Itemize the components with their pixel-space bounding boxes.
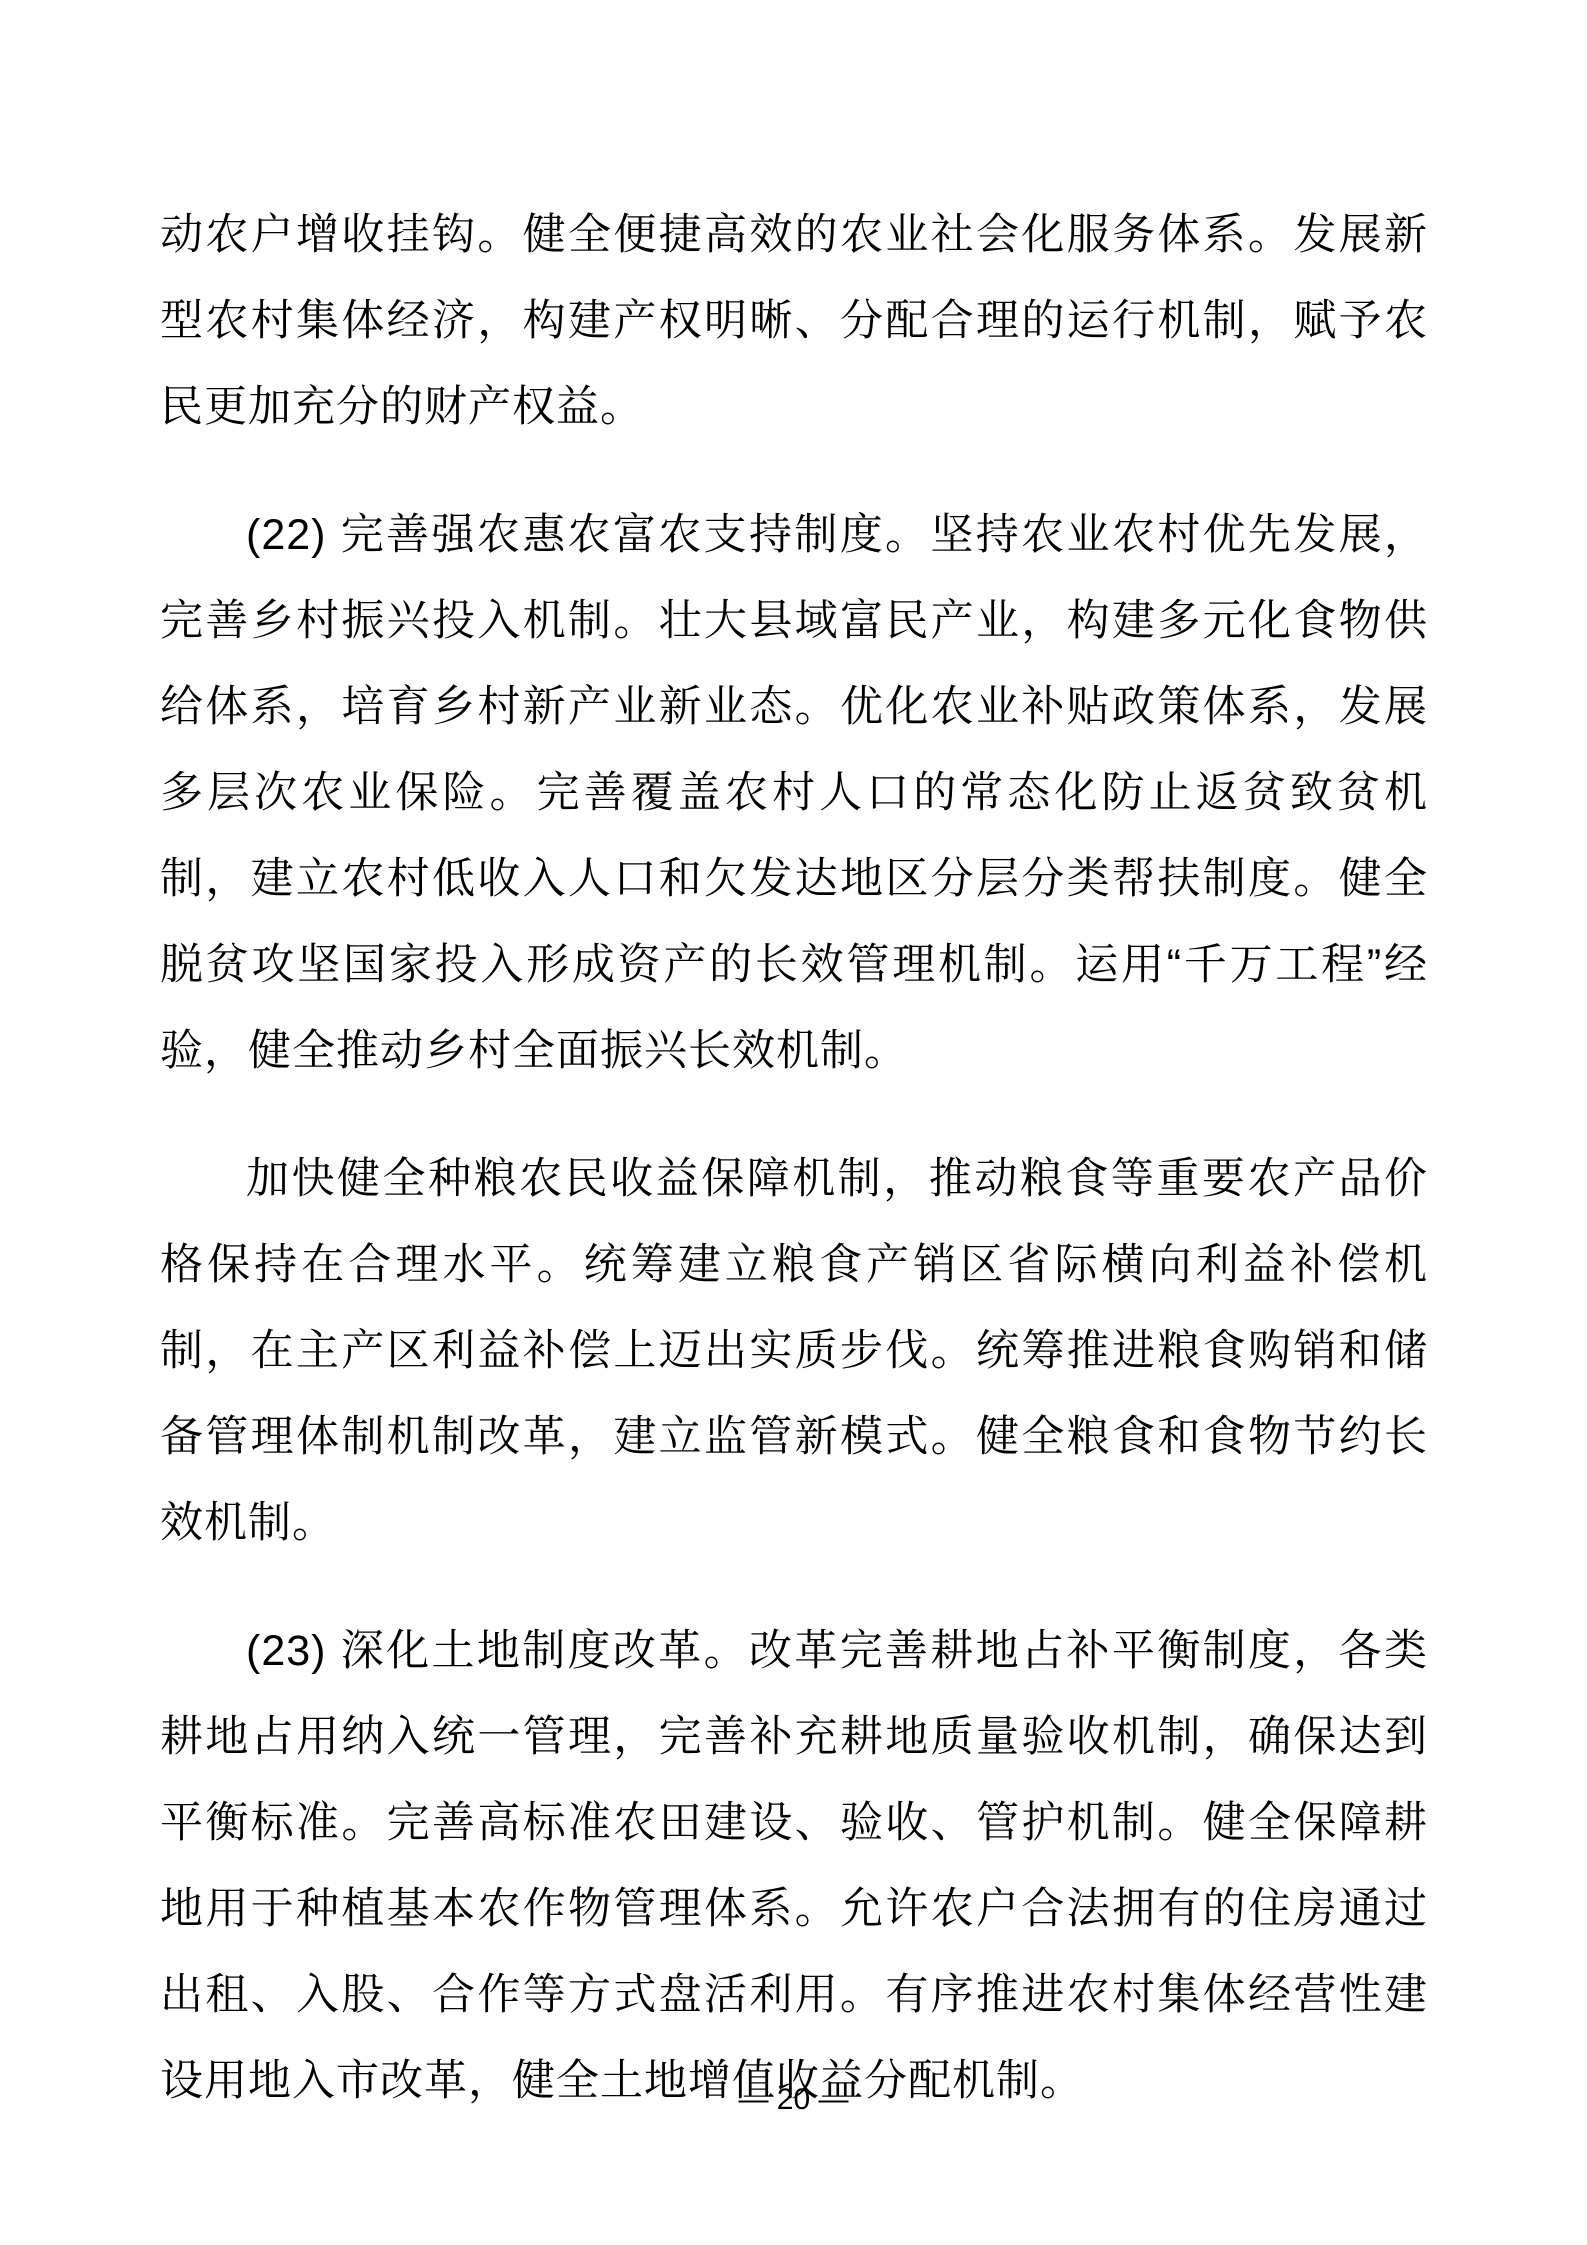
page-number: — 20 —: [0, 2082, 1587, 2118]
document-body: 动农户增收挂钩。健全便捷高效的农业社会化服务体系。发展新型农村集体经济，构建产权…: [160, 192, 1428, 2166]
paragraph-grain-income: 加快健全种粮农民收益保障机制，推动粮食等重要农产品价格保持在合理水平。统筹建立粮…: [160, 1136, 1428, 1566]
document-page: 动农户增收挂钩。健全便捷高效的农业社会化服务体系。发展新型农村集体经济，构建产权…: [0, 0, 1587, 2245]
paragraph-continuation: 动农户增收挂钩。健全便捷高效的农业社会化服务体系。发展新型农村集体经济，构建产权…: [160, 192, 1428, 450]
paragraph-item-23: (23) 深化土地制度改革。改革完善耕地占补平衡制度，各类耕地占用纳入统一管理，…: [160, 1608, 1428, 2124]
paragraph-item-22: (22) 完善强农惠农富农支持制度。坚持农业农村优先发展，完善乡村振兴投入机制。…: [160, 492, 1428, 1094]
